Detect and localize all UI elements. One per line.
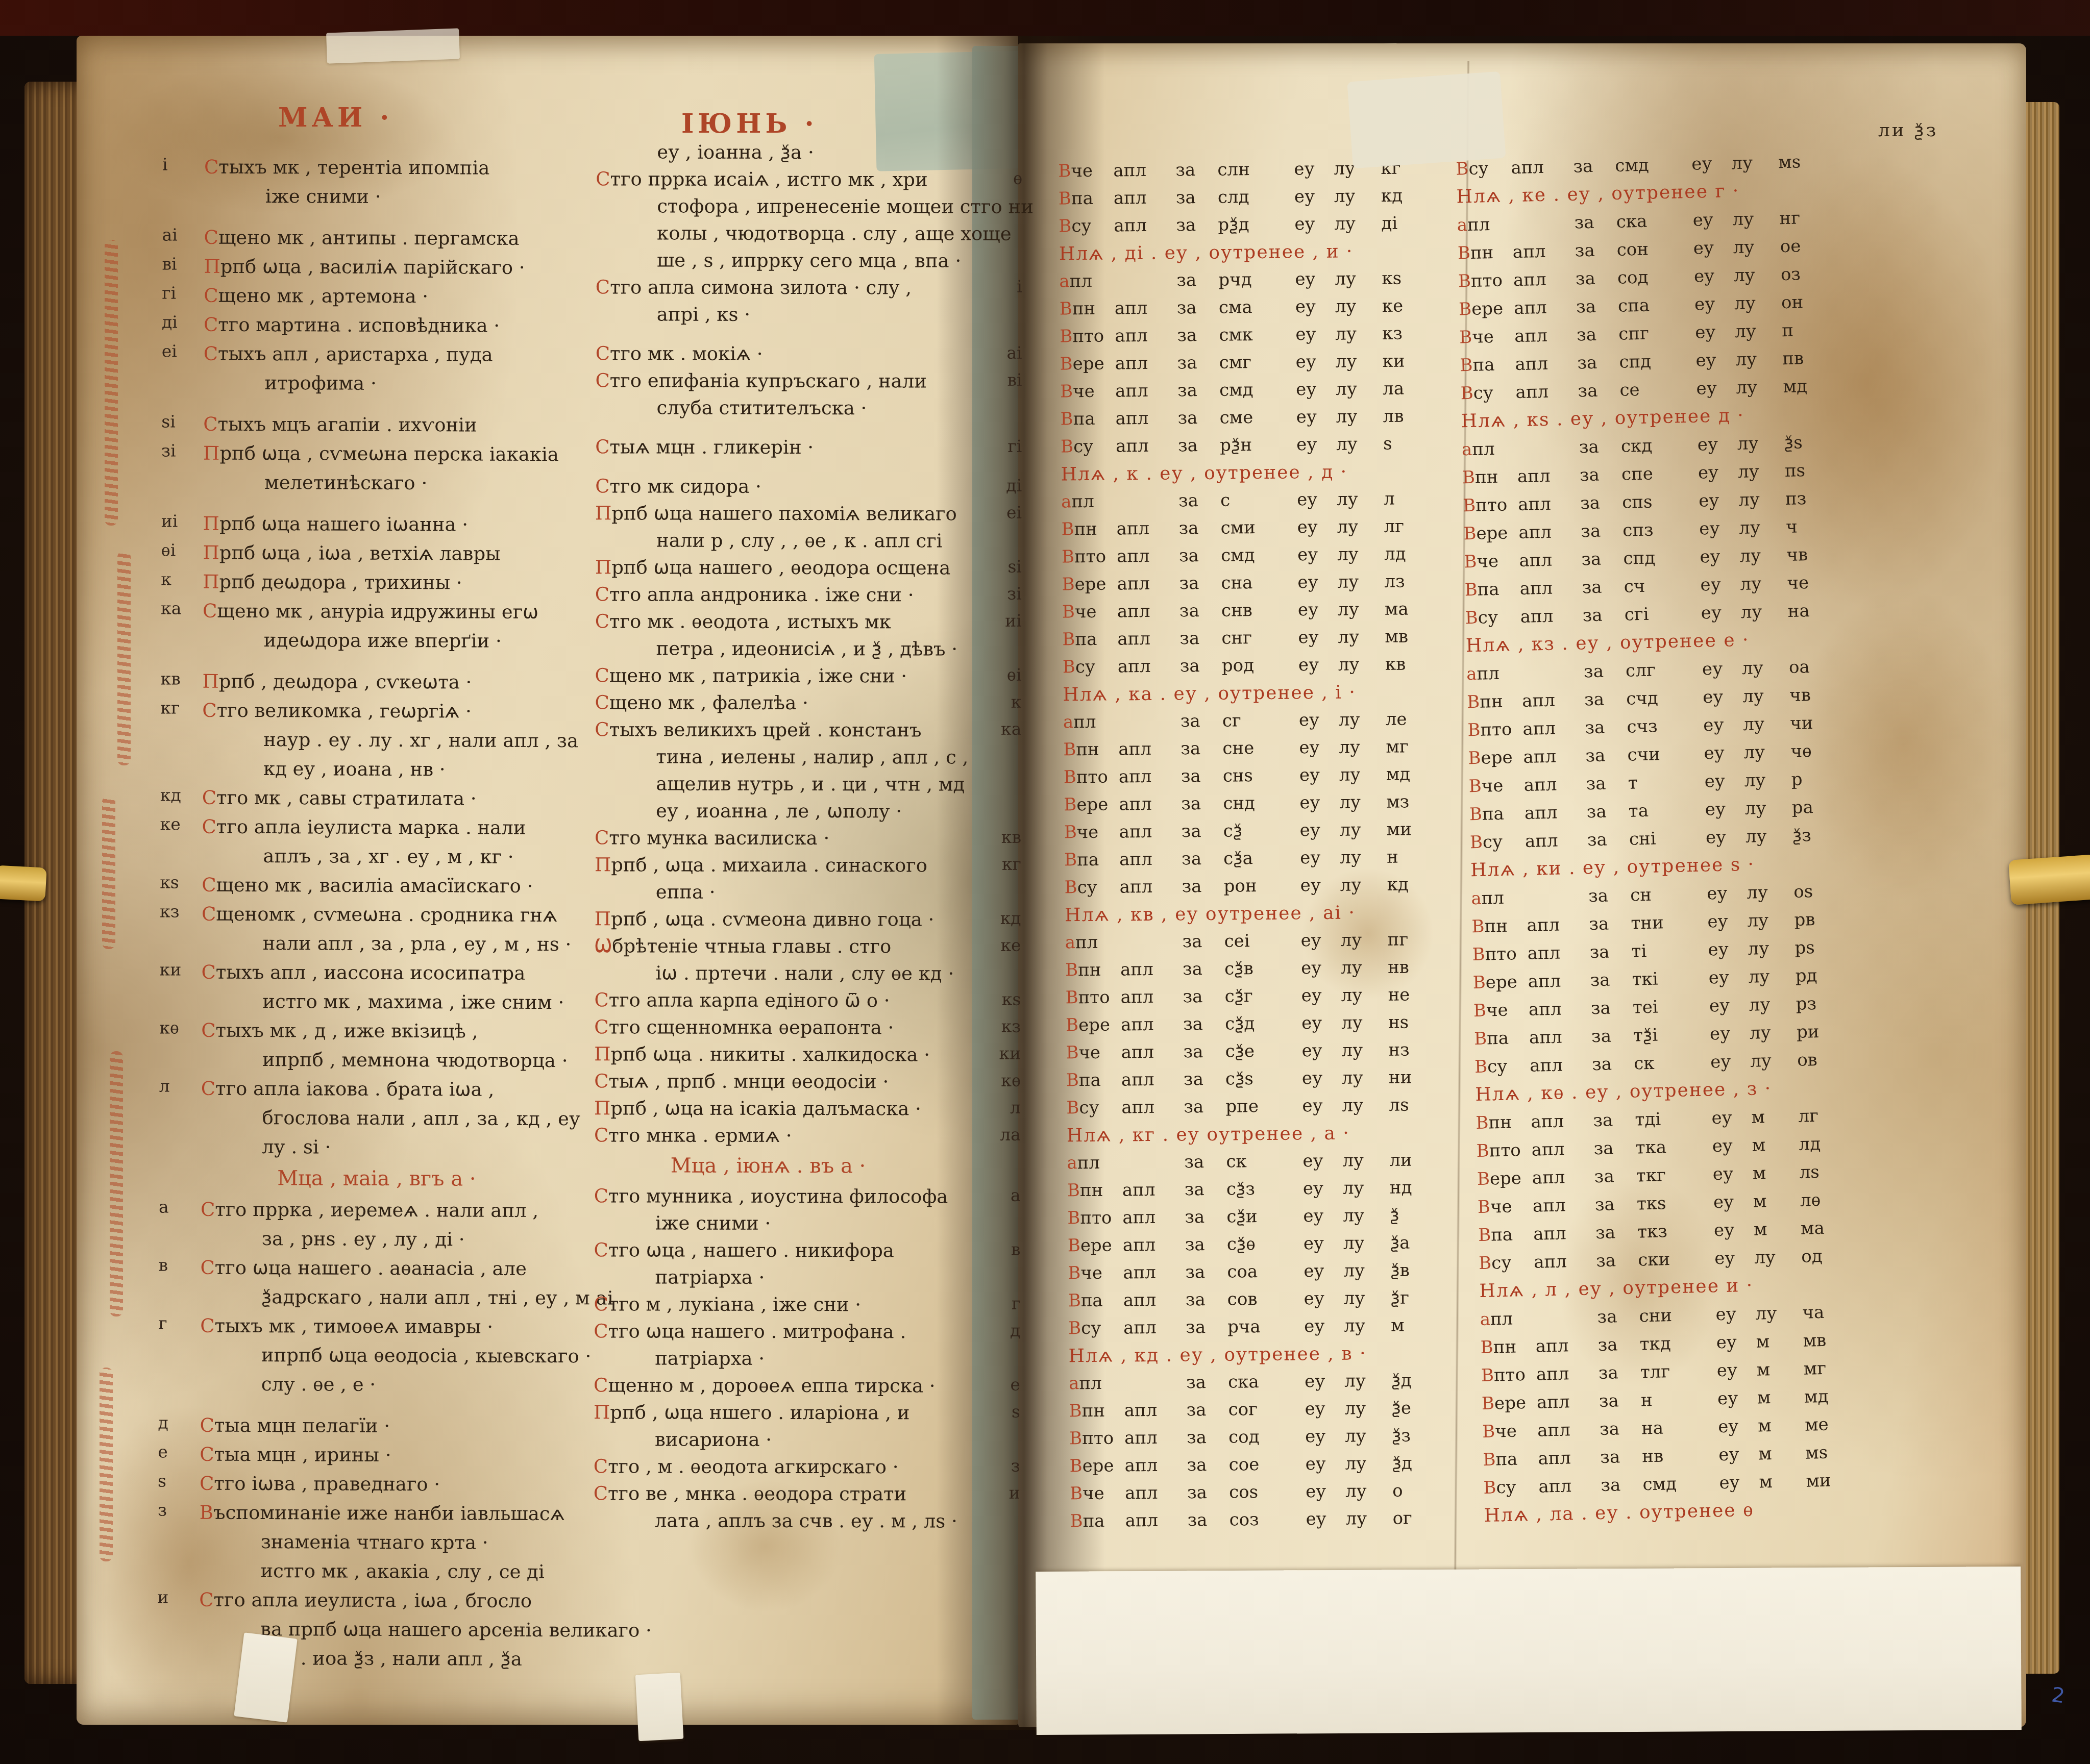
lection-cell: Всу: [1059, 215, 1114, 236]
lection-cell: лѳ: [1800, 1189, 1847, 1210]
lection-cell: м: [1751, 1106, 1799, 1127]
lection-cell: за: [1577, 324, 1619, 345]
lection-cell: Всу: [1470, 831, 1526, 852]
lection-cell: еу: [1301, 1013, 1341, 1034]
calendar-entry: кѕСтго апла карпа едіного ѿ о ·: [594, 986, 987, 1014]
lection-cell: [1120, 941, 1183, 942]
entry-line: Стго мунника , иоустина философа: [594, 1182, 987, 1210]
lection-cell: лу: [1342, 1067, 1389, 1088]
lection-cell: соз: [1229, 1509, 1306, 1530]
entry-line: іѡ . пртечи . нали , слу ѳе кд ·: [594, 959, 987, 987]
lection-cell: за: [1185, 1234, 1227, 1255]
lection-cell: м: [1753, 1190, 1801, 1211]
entry-line: Стго мк , савы стратилата ·: [202, 783, 590, 814]
lection-cell: за: [1600, 1418, 1642, 1439]
calendar-entry: иіПрпб ѡца нашего іѡанна ·: [203, 509, 591, 540]
lection-cell: ки: [1383, 351, 1429, 371]
lection-cell: Впто: [1065, 987, 1120, 1008]
rubricated-initial: С: [596, 276, 610, 298]
lection-cell: Впн: [1063, 739, 1118, 760]
lection-cell: Вче: [1062, 601, 1117, 622]
rubricated-initial: а: [1059, 271, 1070, 291]
rubricated-initial: В: [1460, 355, 1473, 376]
lection-cell: еу: [1702, 658, 1742, 679]
lection-cell: ск: [1634, 1052, 1711, 1074]
lection-cell: Впн: [1067, 1180, 1122, 1201]
sunday-rubric-row: Нлѧ , кд . еу , оутренее , в ·: [1068, 1339, 1461, 1370]
lection-cell: лу: [1341, 957, 1388, 978]
rubricated-initial: В: [1068, 1318, 1081, 1338]
lection-cell: Впн: [1457, 242, 1513, 263]
lection-cell: апл: [1121, 1069, 1184, 1090]
day-number: е: [158, 1442, 168, 1461]
lection-cell: еу: [1295, 269, 1335, 290]
day-number: ѳі: [1007, 665, 1022, 685]
lection-cell: Впн: [1467, 690, 1522, 712]
entry-line: за , рнѕ . еу , лу , ді ·: [201, 1224, 588, 1255]
lection-cell: сне: [1222, 737, 1299, 758]
lection-cell: за: [1574, 211, 1616, 233]
lection-cell: еу: [1301, 958, 1341, 979]
lection-cell: ла: [1383, 378, 1429, 399]
lection-cell: чв: [1789, 684, 1836, 706]
lection-cell: мв: [1803, 1329, 1849, 1351]
calendar-entry: киПрпб ѡца . никиты . халкидоска ·: [594, 1040, 987, 1068]
lection-cell: лу: [1738, 489, 1786, 510]
lection-cell: за: [1183, 986, 1224, 1007]
lection-cell: еу: [1712, 1135, 1752, 1156]
lection-cell: Впто: [1069, 1428, 1124, 1449]
lection-cell: еу: [1301, 1040, 1341, 1061]
lection-cell: лу: [1344, 1288, 1391, 1309]
rubricated-initial: В: [1065, 960, 1078, 980]
lection-cell: лу: [1338, 654, 1385, 675]
lection-cell: Вере: [1062, 574, 1117, 594]
lection-cell: за: [1585, 716, 1627, 738]
lection-cell: лу: [1334, 213, 1381, 234]
rubricated-initial: В: [1467, 719, 1481, 740]
rubricated-initial: а: [1480, 1309, 1490, 1329]
lection-cell: лу: [1334, 186, 1381, 207]
rubricated-initial: В: [1067, 1208, 1080, 1228]
lection-cell: апл: [1512, 240, 1575, 262]
lection-cell: лу: [1340, 875, 1387, 896]
entry-line: Прпб ѡца , сѵмеѡна перска іакакіа: [203, 439, 591, 469]
lection-cell: апл: [1120, 876, 1182, 897]
lection-cell: лу: [1343, 1178, 1390, 1199]
entry-line: Стго апла іакова . брата іѡа ,: [201, 1074, 589, 1105]
entry-line: висариона ·: [594, 1426, 987, 1453]
lection-cell: лу: [1344, 1398, 1391, 1419]
rubricated-initial: В: [1069, 1401, 1082, 1421]
lection-cell: ска: [1616, 210, 1693, 232]
lection-cell: лв: [1383, 406, 1429, 427]
lection-cell: ткд: [1639, 1332, 1716, 1354]
lection-cell: апл: [1538, 1475, 1601, 1497]
lection-cell: оа: [1789, 656, 1835, 678]
lection-cell: еу: [1703, 714, 1743, 735]
calendar-entry: віСтго епифаніа купръскаго , налислуба с…: [595, 367, 988, 421]
lection-cell: сма: [1219, 296, 1295, 317]
lection-cell: за: [1180, 656, 1222, 677]
lection-row: Впнаплзасѯвеулунв: [1065, 953, 1458, 984]
lection-cell: сѯа: [1223, 848, 1300, 868]
lection-cell: лу: [1342, 1095, 1389, 1116]
rubricated-initial: С: [594, 1070, 608, 1092]
binding-top-edge: [0, 0, 2090, 36]
lection-cell: апл: [1123, 1317, 1186, 1338]
rubricated-initial: В: [1483, 1477, 1496, 1498]
rubricated-initial: В: [1066, 1070, 1079, 1090]
lection-cell: за: [1179, 628, 1221, 649]
lection-cell: оз: [1780, 263, 1827, 285]
day-number: ді: [162, 312, 178, 332]
day-number: аі: [162, 225, 178, 244]
lection-row: аплзасеіеулупг: [1065, 926, 1458, 957]
calendar-entry: кгПрпб , ѡца . михаила . синаскогоеппа ·: [595, 851, 988, 906]
entry-line: Прпб деѡдора , трихины ·: [203, 567, 591, 598]
entry-line: ипрпб , мемнона чюдотворца ·: [201, 1045, 589, 1076]
lection-cell: Впа: [1068, 1290, 1123, 1311]
lection-cell: за: [1591, 997, 1633, 1018]
bookmark-stick-right[interactable]: [2008, 854, 2090, 905]
lection-cell: за: [1573, 155, 1615, 177]
entry-line: іже сними ·: [594, 1209, 987, 1237]
entry-line: Стыхъ мк , д , иже вкізицѣ ,: [201, 1016, 589, 1047]
rubricated-initial: В: [1468, 776, 1482, 797]
lection-cell: скд: [1620, 434, 1698, 456]
lection-cell: лу: [1337, 572, 1384, 592]
lection-cell: Вче: [1070, 1483, 1125, 1504]
lection-cell: лу: [1745, 825, 1793, 847]
lection-cell: апл: [1529, 998, 1591, 1020]
lection-cell: ке: [1382, 295, 1428, 316]
lection-cell: еу: [1305, 1399, 1344, 1420]
lection-cell: тни: [1631, 911, 1708, 933]
entry-line: іже сними ·: [204, 182, 592, 212]
lection-cell: апл: [1517, 465, 1580, 487]
bookmark-stick-left[interactable]: [0, 865, 47, 901]
lection-cell: апл: [1061, 491, 1116, 512]
lection-cell: рон: [1224, 875, 1300, 896]
lection-cell: за: [1186, 1289, 1227, 1310]
lection-cell: за: [1580, 464, 1622, 485]
lection-cell: тді: [1635, 1108, 1712, 1130]
lection-cell: за: [1185, 1262, 1227, 1283]
modern-pencil-number: 2: [2050, 1683, 2067, 1708]
calendar-entry: кеСтго апла іеулиста марка . налиаплъ , …: [202, 812, 589, 872]
rubricated-initial: С: [594, 1482, 608, 1504]
lection-cell: еу: [1297, 544, 1337, 565]
rubricated-initial: В: [1458, 270, 1471, 291]
lection-cell: за: [1183, 959, 1224, 980]
rubricated-initial: П: [203, 571, 219, 593]
lection-cell: лу: [1748, 937, 1795, 959]
lection-cell: кѕ: [1382, 268, 1428, 289]
calendar-entry: каСтыхъ великихъ црей . констанътина , и…: [595, 716, 988, 825]
calendar-entry: ѳіПрпб ѡца , іѡа , ветхіѧ лавры: [203, 538, 591, 569]
day-number: ві: [1007, 370, 1022, 390]
lection-cell: сеі: [1224, 930, 1300, 951]
lection-cell: апл: [1119, 821, 1182, 842]
lection-cell: ѯз: [1792, 825, 1839, 846]
lection-cell: Впто: [1060, 326, 1115, 346]
lection-cell: еу: [1695, 321, 1735, 343]
rubricated-initial: В: [1068, 1290, 1081, 1311]
entry-line: еппа ·: [595, 878, 988, 906]
day-number: ка: [1001, 719, 1021, 739]
lection-cell: Вче: [1482, 1420, 1538, 1442]
lection-cell: лу: [1738, 461, 1785, 482]
lection-cell: ѯз: [1392, 1425, 1438, 1446]
lection-cell: лу: [1734, 292, 1782, 314]
lection-cell: сгі: [1624, 603, 1701, 625]
rubricated-initial: С: [595, 436, 609, 458]
day-number: кѕ: [1002, 989, 1021, 1009]
lection-cell: м: [1756, 1330, 1803, 1352]
calendar-entry: киСтыхъ апл , иассона исосипатраистго мк…: [201, 958, 589, 1017]
lection-cell: апл: [1118, 656, 1180, 677]
lection-row: Вчеаплзасоѕеулуо: [1070, 1477, 1463, 1508]
lection-row: аплзаскеулули: [1067, 1146, 1460, 1177]
rubricated-initial: В: [1470, 832, 1483, 853]
lection-cell: еу: [1704, 742, 1744, 763]
entry-line: Стго , м . ѳеодота агкирскаго ·: [594, 1453, 987, 1480]
lection-cell: Впн: [1069, 1400, 1124, 1421]
lection-cell: лу: [1336, 406, 1383, 427]
lection-cell: лу: [1735, 349, 1783, 370]
lection-cell: апл: [1531, 1138, 1594, 1160]
lection-cell: апл: [1067, 1152, 1122, 1173]
lection-cell: снв: [1221, 600, 1298, 620]
lection-cell: еу: [1303, 1206, 1343, 1227]
lection-cell: рз: [1796, 992, 1842, 1014]
lection-cell: за: [1596, 1250, 1638, 1271]
lection-cell: Впа: [1061, 408, 1116, 429]
month-section-heading: Мца , маіа , вгъ а ·: [201, 1161, 588, 1197]
lection-cell: за: [1595, 1194, 1637, 1215]
entry-line: Стыѧ , прпб . мнци ѳеодосіи ·: [594, 1067, 987, 1095]
rubricated-initial: П: [594, 1401, 610, 1423]
lection-cell: еу: [1300, 875, 1340, 896]
lection-cell: лу: [1338, 599, 1385, 620]
rubricated-initial: В: [1068, 1263, 1080, 1283]
manuscript-photo: { "palette":{"ink":"#2e2114","rubric_red…: [0, 0, 2090, 1764]
lection-cell: апл: [1518, 493, 1581, 515]
rubricated-initial: В: [1464, 551, 1477, 572]
lection-cell: [1526, 896, 1588, 898]
calendar-entry: діСтго мк сидора ·: [595, 473, 988, 500]
lection-cell: лу: [1739, 517, 1786, 538]
entry-line: стофора , ипренесеніе мощеи стго ни: [596, 192, 989, 220]
lection-cell: лу: [1341, 1012, 1388, 1033]
lection-row: аплзасеулул: [1061, 485, 1454, 516]
lection-cell: ткз: [1637, 1220, 1714, 1242]
lection-cell: лу: [1755, 1302, 1803, 1324]
rubricated-initial: а: [1457, 215, 1467, 235]
rubricated-initial: В: [1066, 1098, 1079, 1118]
lection-cell: рѯн: [1220, 434, 1296, 455]
lection-cell: апл: [1120, 986, 1183, 1007]
lection-cell: Вере: [1060, 353, 1115, 374]
lection-cell: п: [1782, 319, 1828, 341]
entry-line: ѯадрскаго , нали апл , тні , еу , м аі: [200, 1282, 588, 1313]
month-header-june: ІЮНЬ ·: [681, 108, 818, 139]
lection-cell: за: [1186, 1400, 1228, 1421]
lection-row: Вптоаплзасмдеулулд: [1062, 540, 1455, 571]
rubricated-initial: В: [1061, 436, 1073, 457]
rubricated-initial: В: [1456, 158, 1469, 179]
lection-cell: апл: [1520, 605, 1583, 627]
entry-line: кд еу , иоана , нв ·: [202, 754, 590, 785]
lection-cell: о: [1392, 1480, 1438, 1501]
lection-cell: ді: [1381, 213, 1427, 234]
lection-cell: за: [1586, 801, 1629, 822]
entry-line: Стго мартина . исповѣдника ·: [204, 310, 592, 341]
lection-cell: за: [1599, 1362, 1641, 1383]
lection-cell: сна: [1221, 572, 1297, 593]
entry-line: Стыа мцн , ирины ·: [200, 1440, 587, 1471]
calendar-entry: ѕіПрпб ѡца нашего , ѳеодора осщена: [595, 554, 988, 581]
day-number: а: [1011, 1185, 1021, 1205]
lection-cell: смг: [1219, 352, 1296, 372]
rubricated-initial: В: [1478, 1197, 1491, 1218]
month-section-heading: Мца , іюнѧ . въ а ·: [594, 1149, 987, 1183]
lection-cell: за: [1591, 1025, 1634, 1047]
rubricated-initial: С: [204, 314, 218, 336]
lection-cell: еу: [1695, 350, 1736, 371]
calendar-column-may: іСтыхъ мк , терентіа ипомпіаіже сними ·а…: [199, 153, 592, 1674]
lection-cell: спа: [1618, 294, 1695, 316]
rubricated-initial: П: [203, 442, 219, 464]
lection-row: Впааплзасозеулуог: [1070, 1504, 1463, 1535]
entry-line: Сщено мк , патрикіа , іже сни ·: [595, 662, 988, 689]
lection-cell: смд: [1615, 154, 1692, 176]
lection-cell: ѯд: [1392, 1453, 1438, 1474]
rubricated-initial: С: [201, 1020, 215, 1041]
lection-row: Вчеаплзасѯеулуми: [1064, 815, 1457, 847]
lection-row: Всуаплзародеулукв: [1063, 650, 1456, 681]
lection-cell: за: [1592, 1053, 1634, 1075]
calendar-entry: кѕСщено мк , василіа амасїискаго ·: [202, 871, 589, 901]
lection-cell: апл: [1124, 1400, 1186, 1421]
lection-cell: апл: [1530, 1054, 1592, 1076]
lection-cell: апл: [1462, 438, 1517, 460]
lection-cell: чѳ: [1790, 740, 1837, 762]
rubricated-initial: С: [204, 285, 218, 307]
lection-cell: сѯг: [1224, 985, 1301, 1006]
calendar-entry: аСтго мунника , иоустина философаіже сни…: [594, 1182, 987, 1237]
lection-cell: лу: [1335, 268, 1382, 289]
lection-cell: еу: [1305, 1426, 1345, 1447]
lection-cell: за: [1595, 1222, 1638, 1243]
rubricated-initial: С: [596, 369, 610, 391]
lection-cell: за: [1588, 885, 1631, 906]
lection-cell: лу: [1337, 516, 1384, 537]
calendar-entry: кзСщеномк , сѵмеѡна . сродника гнѧнали а…: [202, 900, 589, 959]
lection-cell: Впа: [1483, 1448, 1538, 1470]
lection-cell: Впа: [1062, 629, 1117, 650]
lection-cell: еу: [1705, 798, 1745, 819]
lection-cell: счз: [1627, 715, 1704, 737]
lection-cell: ра: [1791, 797, 1838, 818]
lection-cell: апл: [1522, 717, 1585, 739]
margin-scribble: [117, 551, 131, 765]
lection-cell: лу: [1732, 208, 1780, 230]
lection-cell: апл: [1524, 802, 1587, 824]
entry-line: Сщено мк , василіа амасїискаго ·: [202, 871, 589, 901]
lection-cell: [1512, 222, 1575, 224]
calendar-entry: кеѠбрѣтеніе чтныа главы . стгоіѡ . пртеч…: [594, 932, 987, 987]
entry-line: Стго мунка василиска ·: [595, 824, 988, 852]
lection-cell: еу: [1304, 1316, 1344, 1337]
calendar-entry: лСтго апла іакова . брата іѡа ,бгослова …: [201, 1074, 589, 1163]
lection-cell: апл: [1471, 887, 1527, 908]
lection-cell: лу: [1345, 1481, 1392, 1502]
entry-line: Стго мк . ѳеодота , истыхъ мк: [595, 608, 988, 635]
lection-cell: ми: [1387, 819, 1433, 840]
lection-cell: еу: [1295, 324, 1335, 345]
lection-cell: за: [1599, 1390, 1641, 1411]
lection-cell: лу: [1750, 1050, 1798, 1071]
rubricated-initial: а: [1065, 932, 1075, 953]
lection-cell: за: [1581, 548, 1624, 569]
lection-cell: еу: [1300, 848, 1340, 868]
lection-cell: л: [1384, 488, 1430, 509]
lection-cell: за: [1584, 688, 1627, 710]
lection-cell: лу: [1743, 741, 1791, 762]
day-number: ді: [1006, 476, 1022, 495]
calendar-entry: гіСтыѧ мцн . гликерін ·: [595, 433, 988, 461]
lection-cell: кд: [1381, 185, 1427, 206]
day-number: и: [157, 1587, 168, 1607]
calendar-entry: кѳСтыхъ мк , д , иже вкізицѣ ,ипрпб , ме…: [201, 1016, 589, 1076]
lection-cell: лу: [1748, 965, 1796, 987]
calendar-entry: кдСтго мк , савы стратилата ·: [202, 783, 590, 814]
day-number: к: [161, 569, 171, 589]
lection-cell: лу: [1733, 236, 1780, 258]
lection-row: Впнаплзасогеулуѯе: [1069, 1394, 1462, 1425]
rubricated-initial: П: [595, 556, 611, 578]
lection-cell: Впа: [1070, 1510, 1125, 1531]
lection-cell: еу: [1714, 1247, 1755, 1269]
lection-cell: за: [1584, 660, 1626, 682]
lection-cell: счд: [1626, 687, 1703, 709]
rubricated-initial: В: [1062, 629, 1075, 650]
lection-cell: мѕ: [1805, 1442, 1852, 1463]
rubricated-initial: В: [1069, 1428, 1082, 1449]
lection-cell: еу: [1294, 159, 1334, 180]
lection-cell: апл: [1514, 325, 1577, 346]
lection-cell: за: [1597, 1334, 1640, 1355]
lection-cell: лд: [1384, 543, 1430, 564]
entry-line: Стго ѡца нашего . митрофана .: [594, 1318, 987, 1345]
calendar-entry: аСтго пррка , иеремеѧ . нали апл ,за , р…: [201, 1195, 588, 1255]
lection-cell: пѕ: [1785, 460, 1831, 481]
lection-cell: кд: [1387, 874, 1433, 895]
lection-cell: еу: [1302, 1151, 1342, 1172]
day-number: з: [1011, 1456, 1020, 1476]
lection-cell: апл: [1117, 628, 1179, 649]
lection-cell: еу: [1303, 1178, 1343, 1199]
entry-line: Прпб ѡца . никиты . халкидоска ·: [594, 1040, 987, 1068]
lection-cell: апл: [1114, 215, 1176, 236]
entry-line: Стго пррка исаіѧ , истго мк , хри: [596, 165, 989, 193]
lection-row: Вптоаплзасѯгеулуне: [1065, 981, 1458, 1012]
lection-cell: еу: [1306, 1481, 1345, 1502]
lection-cell: апл: [1116, 518, 1178, 539]
day-number: і: [1017, 277, 1022, 296]
